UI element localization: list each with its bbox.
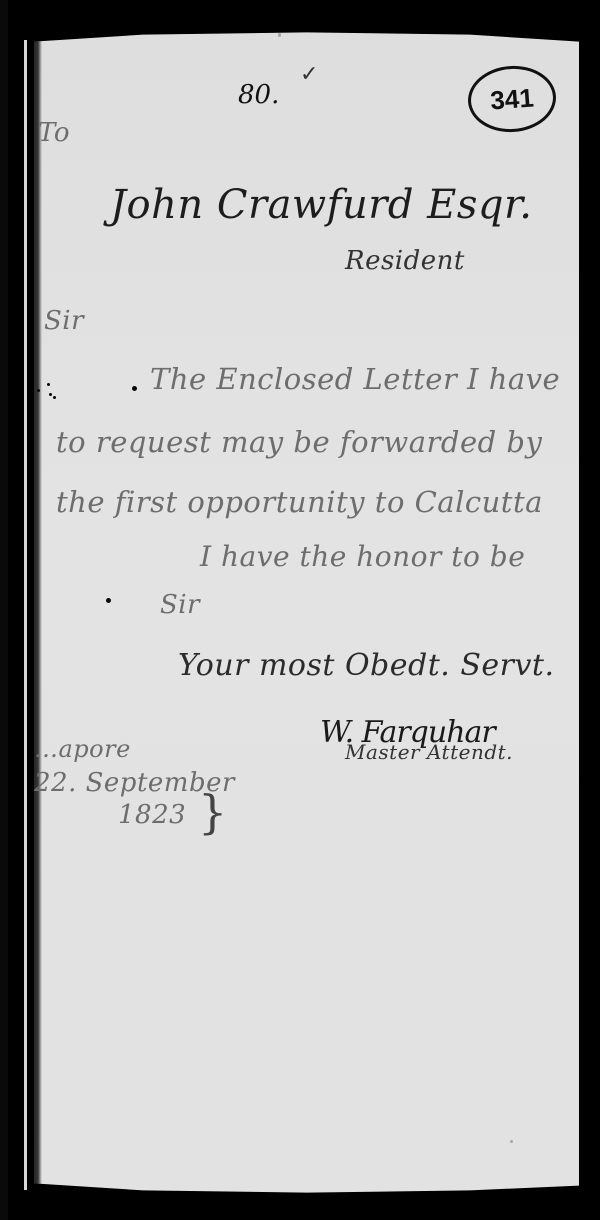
body-line-2: to request may be forwarded by <box>56 425 542 459</box>
paper-blemish <box>510 1140 513 1143</box>
margin-dot <box>132 386 137 391</box>
salutation: Sir <box>44 306 84 336</box>
body-line-3: the first opportunity to Calcutta <box>56 485 543 519</box>
margin-dot <box>49 393 52 396</box>
archive-stamp-number: 341 <box>489 82 534 116</box>
margin-dot <box>53 396 56 399</box>
check-mark-icon: ✓ <box>300 62 318 87</box>
film-edge-left <box>0 0 8 1220</box>
paper-blemish <box>278 33 281 37</box>
microfilm-frame: 80. ✓ 341 To John Crawfurd Esqr. Residen… <box>0 0 600 1220</box>
addressee-title: Resident <box>345 246 465 276</box>
signature-title: Master Attendt. <box>345 740 513 764</box>
to-label: To <box>38 118 70 148</box>
margin-dot <box>106 598 111 603</box>
closing-phrase: Your most Obedt. Servt. <box>178 648 555 683</box>
margin-dot <box>47 383 50 386</box>
folio-number: 80. <box>238 80 279 110</box>
page-binding-shadow <box>34 30 42 1195</box>
dateline-year: 1823 <box>118 800 186 830</box>
film-edge-line <box>24 40 27 1190</box>
closing-salutation: Sir <box>160 590 200 620</box>
body-line-1: The Enclosed Letter I have <box>150 362 560 396</box>
margin-dot <box>37 389 40 392</box>
brace-mark: } <box>198 785 227 839</box>
body-line-4: I have the honor to be <box>200 540 525 573</box>
dateline-place: …apore <box>34 735 131 763</box>
addressee-name: John Crawfurd Esqr. <box>110 182 532 228</box>
